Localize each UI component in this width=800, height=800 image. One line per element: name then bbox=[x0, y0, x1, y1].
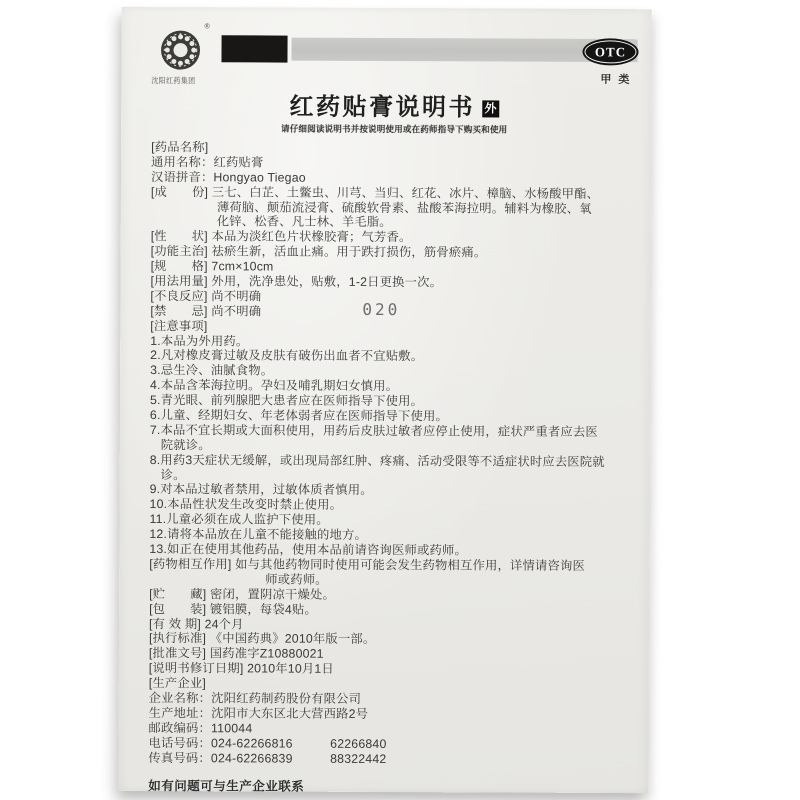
gray-bar: OTC bbox=[291, 38, 637, 63]
otc-badge: OTC bbox=[584, 40, 636, 63]
title-block: 红药贴膏说明书外 请仔细阅读说明书并按说明使用或在药师指导下购买和使用 bbox=[151, 86, 637, 136]
leaflet-line: 传真号码：024-62266839 88322442 bbox=[148, 750, 634, 767]
logo-emblem-icon: ® bbox=[157, 27, 203, 73]
contact-note: 如有问题可与生产企业联系 bbox=[148, 776, 634, 796]
external-use-badge: 外 bbox=[482, 100, 499, 117]
logo-company-name: 沈阳红药集团 bbox=[151, 75, 215, 86]
black-bar bbox=[221, 35, 287, 62]
batch-stamp: 020 bbox=[362, 303, 400, 318]
header-bars: OTC 甲 类 bbox=[221, 19, 637, 87]
header: ® 沈阳红药集团 OTC 甲 类 bbox=[151, 19, 637, 88]
registered-mark: ® bbox=[204, 23, 209, 30]
leaflet-paper: ® 沈阳红药集团 OTC 甲 类 红药贴膏说明书外 请仔细阅读说明书并按说明使用… bbox=[118, 7, 651, 793]
title-subtitle: 请仔细阅读说明书并按说明使用或在药师指导下购买和使用 bbox=[151, 122, 637, 136]
page-title-text: 红药贴膏说明书 bbox=[289, 95, 475, 122]
company-logo: ® 沈阳红药集团 bbox=[151, 19, 221, 86]
leaflet-body: [药品名称]通用名称：红药贴膏汉语拼音：Hongyao Tiegao[成 份] … bbox=[148, 140, 637, 768]
otc-class-label: 甲 类 bbox=[221, 69, 637, 87]
page-title: 红药贴膏说明书外 bbox=[289, 87, 499, 123]
